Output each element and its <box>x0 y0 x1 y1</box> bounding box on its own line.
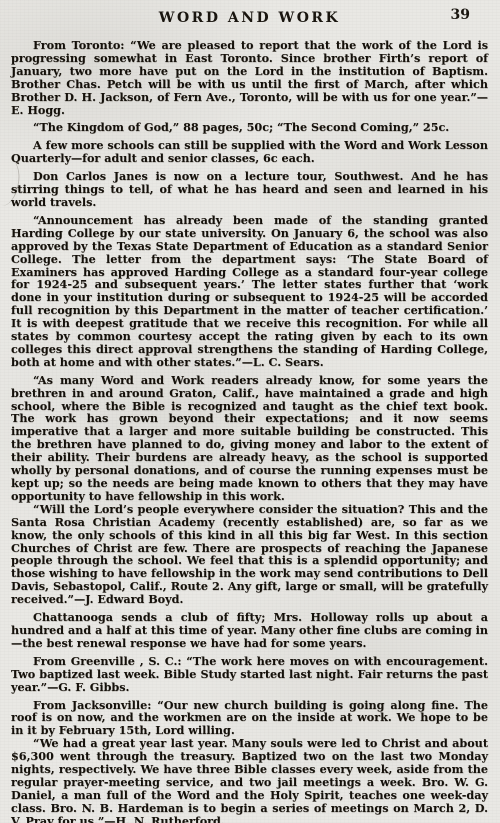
paragraph-toronto-report: From Toronto: “We are pleased to report … <box>11 39 488 116</box>
paragraph-greenville-report: From Greenville , S. C.: “The work here … <box>11 655 488 694</box>
paragraph-books-prices: “The Kingdom of God,” 88 pages, 50c; “Th… <box>11 121 488 134</box>
paragraph-santa-rosa-appeal: “Will the Lord’s people everywhere consi… <box>11 503 488 606</box>
page-body: From Toronto: “We are pleased to report … <box>11 39 488 823</box>
paragraph-don-carlos-janes: Don Carlos Janes is now on a lecture tou… <box>11 170 488 209</box>
paragraph-lesson-quarterly: A few more schools can still be supplied… <box>11 139 488 165</box>
paragraph-chattanooga-clubs: Chattanooga sends a club of fifty; Mrs. … <box>11 611 488 650</box>
paragraph-harding-college: “Announcement has already been made of t… <box>11 214 488 369</box>
paragraph-jacksonville-year-summary: “We had a great year last year. Many sou… <box>11 737 488 823</box>
paragraph-jacksonville-report: From Jacksonville: “Our new church build… <box>11 699 488 738</box>
paragraph-graton-school: “As many Word and Work readers already k… <box>11 374 488 503</box>
journal-title: WORD AND WORK <box>159 10 340 26</box>
page-header: WORD AND WORK 39 <box>11 7 488 25</box>
page-number: 39 <box>451 7 470 23</box>
scanned-magazine-page: WORD AND WORK 39 From Toronto: “We are p… <box>0 0 500 823</box>
